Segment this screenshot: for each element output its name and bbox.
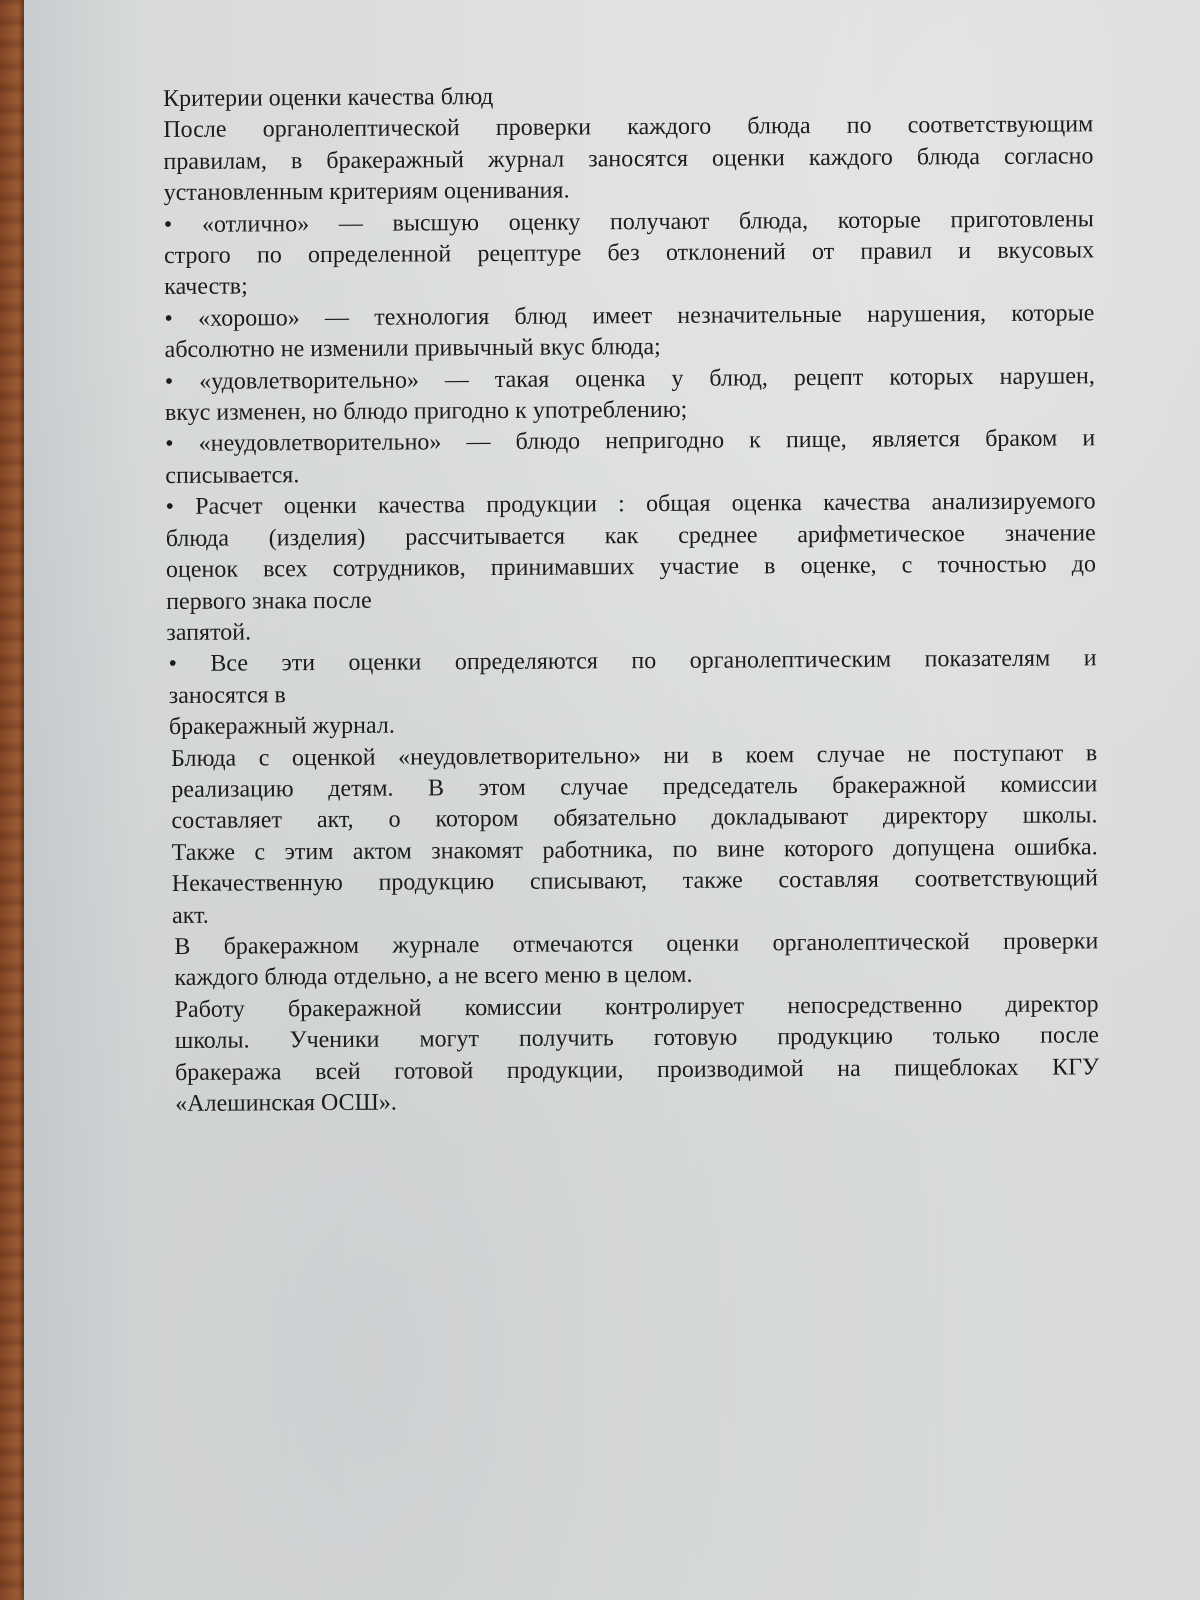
quality-calculation: • Расчет оценки качества продукции : общ… [165, 487, 1096, 650]
text-line: • «удовлетворительно» — такая оценка у б… [165, 361, 1095, 398]
text-line: «Алешинская ОСШ». [175, 1083, 1099, 1120]
document-body: Критерии оценки качества блюд После орга… [163, 78, 1099, 1120]
criterion-excellent: • «отлично» — высшую оценку получают блю… [164, 204, 1095, 304]
organoleptic-note: • Все эти оценки определяются по органол… [168, 644, 1097, 744]
text-line: Некачественную продукцию списывают, такж… [172, 863, 1098, 900]
criterion-satisfactory: • «удовлетворительно» — такая оценка у б… [165, 361, 1095, 429]
text-line: правилам, в бракеражный журнал заносятся… [163, 141, 1093, 178]
intro-paragraph: После органолептической проверки каждого… [163, 110, 1094, 210]
commission-paragraph: Работу бракеражной комиссии контролирует… [175, 989, 1100, 1120]
rejection-paragraph: Блюда с оценкой «неудовлетворительно» ни… [171, 738, 1098, 932]
text-line: школы. Ученики могут получить готовую пр… [175, 1020, 1099, 1057]
journal-paragraph: В бракеражном журнале отмечаются оценки … [174, 926, 1098, 994]
criterion-unsatisfactory: • «неудовлетворительно» — блюдо непригод… [165, 424, 1095, 492]
criterion-good: • «хорошо» — технология блюд имеет незна… [164, 298, 1094, 366]
text-line: В бракеражном журнале отмечаются оценки … [174, 926, 1098, 963]
text-line: • Расчет оценки качества продукции : общ… [165, 487, 1095, 524]
text-line: строго по определенной рецептуре без отк… [164, 235, 1094, 272]
text-line: • «неудовлетворительно» — блюдо непригод… [165, 424, 1095, 461]
text-line: • «хорошо» — технология блюд имеет незна… [164, 298, 1094, 335]
text-line: бракеража всей готовой продукции, произв… [175, 1052, 1099, 1089]
text-line: • Все эти оценки определяются по органол… [168, 644, 1096, 681]
text-line: оценок всех сотрудников, принимавших уча… [166, 549, 1096, 586]
